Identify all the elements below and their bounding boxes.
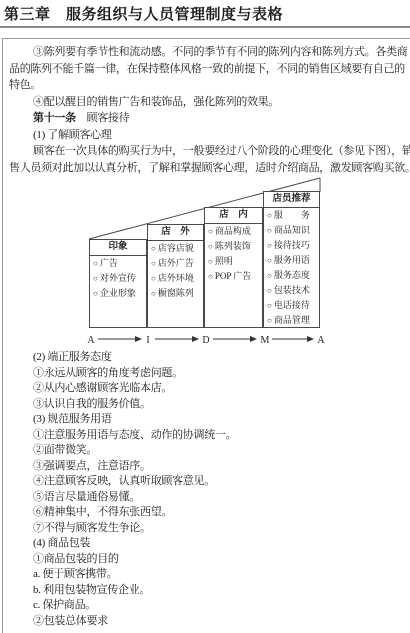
text-line: (2) 端正服务态度 <box>9 350 408 366</box>
text-line: ⑤语言尽量通俗易懂。 <box>9 490 408 506</box>
arrowhead-icon <box>307 336 314 342</box>
diagram-box-item: ○广告 <box>90 256 146 271</box>
text-line: 品的陈列不能千篇一律，在保持整体风格一致的前提下，不同的销售区域要有自己的 <box>9 61 408 78</box>
diagram-box-item: ○电话接待 <box>264 298 319 313</box>
text-line: ⑥精神集中，不得东张西望。 <box>9 505 408 521</box>
axis-label-action: A <box>317 335 325 346</box>
circle-bullet-icon: ○ <box>151 244 156 253</box>
circle-bullet-icon: ○ <box>151 289 156 298</box>
text-line: 售人员须对此加以认真分析，了解和掌握顾客心理，适时介绍商品，激发顾客购买欲。 <box>9 160 408 177</box>
axis-label-desire: D <box>202 335 209 346</box>
circle-bullet-icon: ○ <box>151 259 156 268</box>
text-line: ③陈列要有季节性和流动感。不同的季节有不同的陈列内容和陈列方式。各类商 <box>9 44 408 61</box>
diagram-box-item: ○服务态度 <box>264 268 319 283</box>
diagram-box-0: 印象○广告○对外宣传○企业形象 <box>89 239 147 328</box>
text-line: 第十一条 顾客接待 <box>9 110 408 127</box>
diagram-box-1: 店 外○店容店貌○店外广告○店外环境○橱窗陈列 <box>147 224 204 328</box>
text-line: ⑦不得与顾客发生争论。 <box>9 521 408 537</box>
text-line: ③认识自我的服务价值。 <box>9 397 408 413</box>
text-line: ①永远从顾客的角度考虑问题。 <box>9 366 408 382</box>
axis-label-attention: A <box>87 335 95 346</box>
circle-bullet-icon: ○ <box>267 241 272 250</box>
aidma-axis-labels: A I D M A <box>87 335 325 346</box>
diagram-box-item: ○对外宣传 <box>90 271 146 286</box>
body-text-top: ③陈列要有季节性和流动感。不同的季节有不同的陈列内容和陈列方式。各类商品的陈列不… <box>3 39 410 176</box>
text-line: ②从内心感谢顾客光临本店。 <box>9 381 408 397</box>
circle-bullet-icon: ○ <box>208 242 213 251</box>
content-frame: ③陈列要有季节性和流动感。不同的季节有不同的陈列内容和陈列方式。各类商品的陈列不… <box>2 38 410 633</box>
circle-bullet-icon: ○ <box>267 226 272 235</box>
text-line: ②面带微笑。 <box>9 443 408 459</box>
diagram-box-2: 店 内○商品构成○陈列装饰○照明○POP 广告 <box>204 207 263 328</box>
circle-bullet-icon: ○ <box>93 289 98 298</box>
diagram-box-title: 店员推荐 <box>264 192 319 208</box>
diagram-box-3: 店员推荐○服 务○商品知识○接待技巧○服务用语○服务态度○包装技术○电话接待○商… <box>263 191 320 328</box>
arrowhead-icon <box>250 336 257 342</box>
text-line: (1) 了解顾客心理 <box>9 127 408 144</box>
diagram-box-title: 店 内 <box>205 208 262 224</box>
circle-bullet-icon: ○ <box>93 259 98 268</box>
arrowhead-icon <box>192 336 199 342</box>
text-line: (4) 商品包装 <box>9 536 408 552</box>
diagram-box-item: ○店容店貌 <box>148 241 203 256</box>
circle-bullet-icon: ○ <box>267 316 272 325</box>
diagram-box-item: ○店外广告 <box>148 256 203 271</box>
axis-label-interest: I <box>146 335 149 346</box>
diagram-box-item: ○店外环境 <box>148 271 203 286</box>
text-line: a. 便于顾客携带。 <box>9 567 408 583</box>
circle-bullet-icon: ○ <box>267 301 272 310</box>
diagram-box-item: ○商品管理 <box>264 313 319 328</box>
text-line: ①商品包装的目的 <box>9 552 408 568</box>
axis-label-memory: M <box>261 335 270 346</box>
diagram-box-title: 印象 <box>90 240 146 256</box>
text-line: ①注意服务用语与态度、动作的协调统一。 <box>9 428 408 444</box>
circle-bullet-icon: ○ <box>93 274 98 283</box>
circle-bullet-icon: ○ <box>267 211 272 220</box>
diagram-box-item: ○商品构成 <box>205 224 262 239</box>
aidma-psychology-diagram: A I D M A 印象○广告○对外宣传○企业形象店 外○店容店貌○店外广告○店… <box>3 176 410 348</box>
circle-bullet-icon: ○ <box>267 286 272 295</box>
document-page: 第三章 服务组织与人员管理制度与表格 ③陈列要有季节性和流动感。不同的季节有不同… <box>0 0 410 633</box>
diagram-box-item: ○商品知识 <box>264 223 319 238</box>
text-line: (3) 规范服务用语 <box>9 412 408 428</box>
diagram-box-item: ○接待技巧 <box>264 238 319 253</box>
header-divider <box>0 26 410 28</box>
text-line: ④注意顾客反映，认真听取顾客意见。 <box>9 474 408 490</box>
circle-bullet-icon: ○ <box>151 274 156 283</box>
diagram-box-item: ○服 务 <box>264 208 319 223</box>
diagram-box-title: 店 外 <box>148 225 203 241</box>
arrowhead-icon <box>135 336 142 342</box>
diagram-box-item: ○企业形象 <box>90 286 146 301</box>
diagram-box-item: ○服务用语 <box>264 253 319 268</box>
body-text-bottom: (2) 端正服务态度①永远从顾客的角度考虑问题。②从内心感谢顾客光临本店。③认识… <box>3 348 410 629</box>
text-line: 特色。 <box>9 77 408 94</box>
circle-bullet-icon: ○ <box>208 257 213 266</box>
diagram-box-item: ○包装技术 <box>264 283 319 298</box>
diagram-box-item: ○照明 <box>205 254 262 269</box>
circle-bullet-icon: ○ <box>208 272 213 281</box>
circle-bullet-icon: ○ <box>208 227 213 236</box>
diagram-box-item: ○陈列装饰 <box>205 239 262 254</box>
bold-lead: 第十一条 <box>33 112 76 124</box>
text-line: ④配以醒目的销售广告和装饰品，强化陈列的效果。 <box>9 94 408 111</box>
diagram-box-item: ○橱窗陈列 <box>148 286 203 301</box>
text-line: ③强调要点，注意语序。 <box>9 459 408 475</box>
text-line: ②包装总体要求 <box>9 614 408 630</box>
chapter-title: 第三章 服务组织与人员管理制度与表格 <box>4 3 283 24</box>
text-line: 顾客在一次具体的购买行为中，一般要经过八个阶段的心理变化（参见下图），销 <box>9 143 408 160</box>
circle-bullet-icon: ○ <box>267 271 272 280</box>
circle-bullet-icon: ○ <box>267 256 272 265</box>
text-line: c. 保护商品。 <box>9 598 408 614</box>
diagram-box-item: ○POP 广告 <box>205 269 262 284</box>
text-line: b. 利用包装物宣传企业。 <box>9 583 408 599</box>
